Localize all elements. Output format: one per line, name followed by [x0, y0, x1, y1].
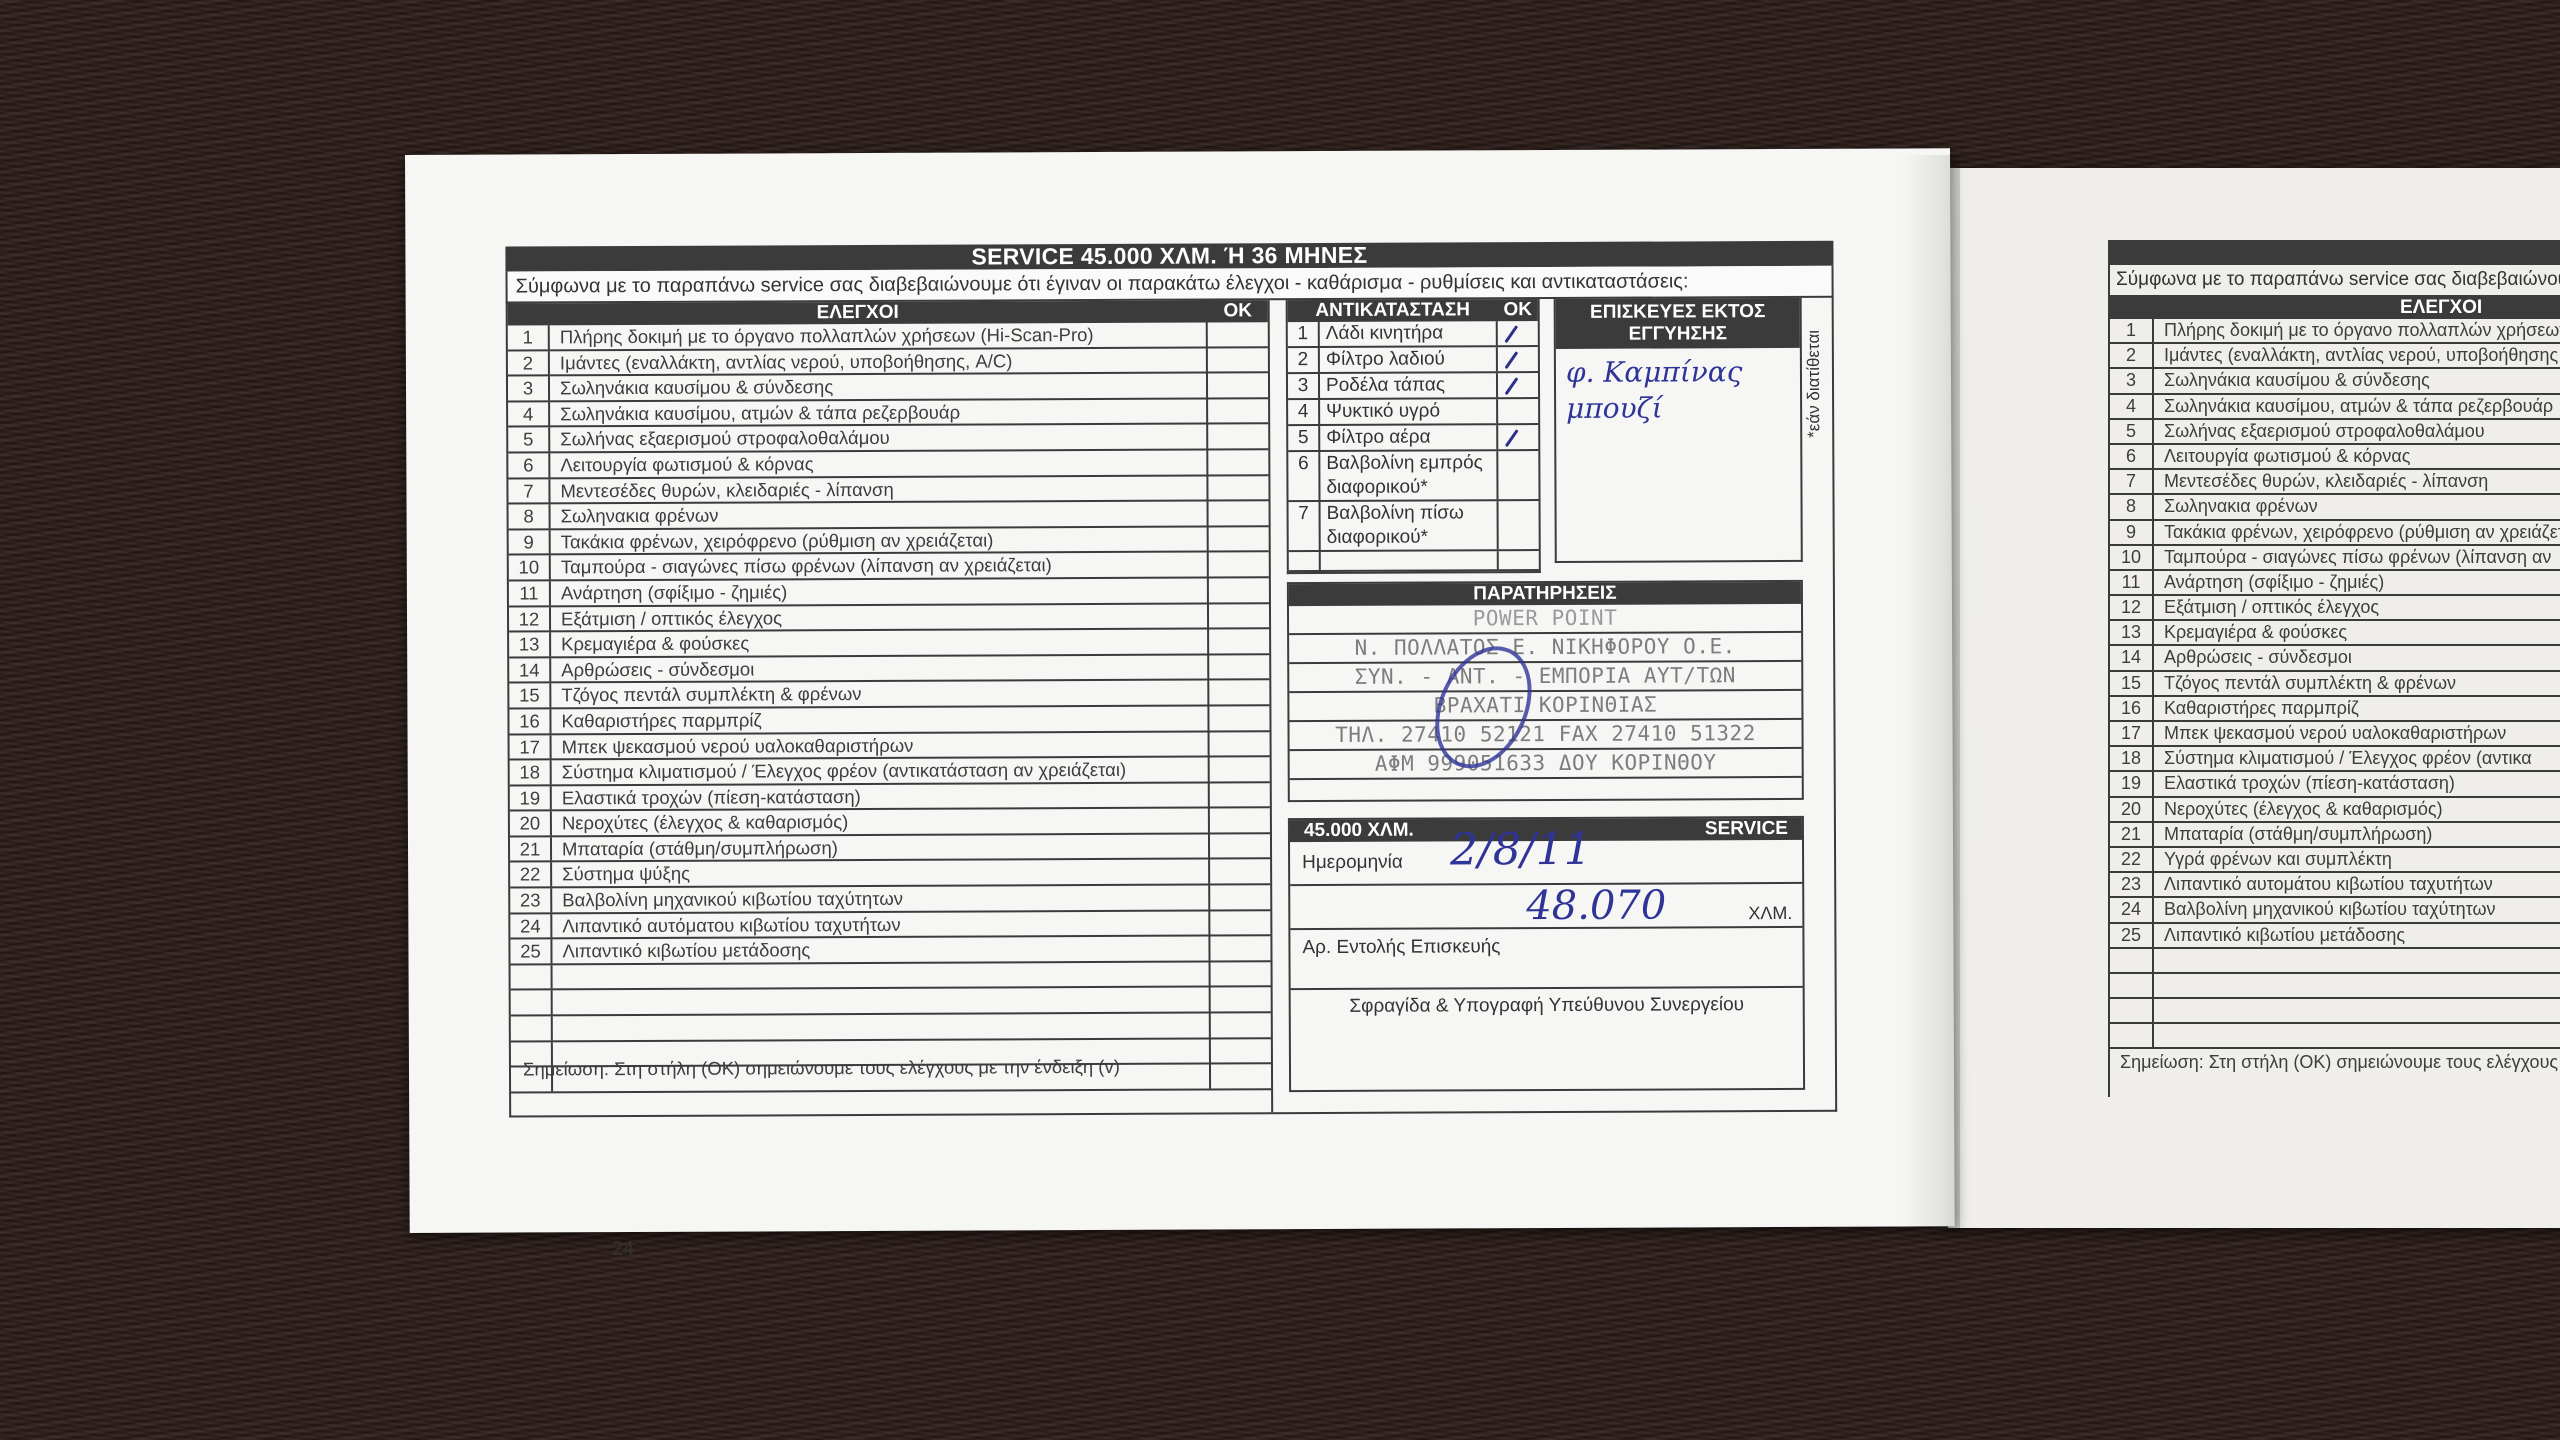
- check-ok-cell[interactable]: [1207, 681, 1269, 705]
- right-check-row: 7Μεντεσέδες θυρών, κλειδαριές - λίπανση: [2110, 470, 2560, 495]
- right-check-number: 9: [2110, 521, 2154, 544]
- right-check-number: 4: [2110, 395, 2154, 418]
- km-unit: ΧΛΜ.: [1748, 903, 1792, 924]
- check-label: [553, 962, 1209, 988]
- right-check-label: Ελαστικά τροχών (πίεση-κατάσταση): [2154, 772, 2560, 795]
- check-number: [511, 965, 553, 989]
- check-row: 20Νεροχύτες (έλεγχος & καθαρισμός): [510, 809, 1270, 838]
- right-check-row: 15Τζόγος πεντάλ συμπλέκτη & φρένων: [2110, 672, 2560, 697]
- right-check-label: [2154, 999, 2560, 1022]
- right-check-label: Ταμπούρα - σιαγώνες πίσω φρένων (λίπανση…: [2154, 546, 2560, 569]
- right-check-number: 1: [2110, 319, 2154, 342]
- right-check-number: 21: [2110, 823, 2154, 846]
- right-check-label: Κρεμαγιέρα & φούσκες: [2154, 621, 2560, 644]
- check-ok-cell[interactable]: [1206, 322, 1268, 346]
- stamp-line: ΒΡΑΧΑΤΙ ΚΟΡΙΝΘΙΑΣ: [1289, 691, 1801, 722]
- replacement-label: Ροδέλα τάπας: [1320, 373, 1496, 398]
- right-check-label: Σωληνάκια καυσίμου & σύνδεσης: [2154, 369, 2560, 392]
- check-ok-cell[interactable]: [1208, 834, 1270, 858]
- check-number: 25: [510, 940, 552, 964]
- right-check-number: 14: [2110, 646, 2154, 669]
- check-label: Κρεμαγιέρα & φούσκες: [551, 630, 1207, 656]
- check-label: Λιπαντικό κιβωτίου μετάδοσης: [552, 937, 1208, 963]
- right-check-number: 15: [2110, 672, 2154, 695]
- check-row: 3Σωληνάκια καυσίμου & σύνδεσης: [508, 373, 1268, 402]
- right-checks-header: ΕΛΕΓΧΟΙ: [2110, 297, 2560, 319]
- replacement-number: 6: [1288, 452, 1320, 500]
- right-check-row: 24Βαλβολίνη μηχανικού κιβωτίου ταχύτητων: [2110, 898, 2560, 923]
- right-check-number: 23: [2110, 873, 2154, 896]
- check-label: Σωληνάκια καυσίμου & σύνδεσης: [550, 374, 1206, 400]
- check-row: 15Τζόγος πεντάλ συμπλέκτη & φρένων: [509, 681, 1269, 710]
- check-number: 7: [508, 479, 550, 503]
- check-number: 18: [510, 760, 552, 784]
- replacement-row: [1289, 551, 1539, 572]
- date-value: 2/8/11: [1450, 829, 1592, 872]
- replacement-number: 7: [1289, 502, 1321, 550]
- check-row: 7Μεντεσέδες θυρών, κλειδαριές - λίπανση: [508, 476, 1268, 505]
- right-check-number: 25: [2110, 924, 2154, 947]
- right-check-number: 12: [2110, 596, 2154, 619]
- right-check-label: Λειτουργία φωτισμού & κόρνας: [2154, 445, 2560, 468]
- stamp-line: ΤΗΛ. 27410 52121 FAX 27410 51322: [1289, 720, 1801, 751]
- right-check-number: 10: [2110, 546, 2154, 569]
- check-row: 2Ιμάντες (εναλλάκτη, αντλίας νερού, υποβ…: [508, 348, 1268, 377]
- check-row: 1Πλήρης δοκιμή με το όργανο πολλαπλών χρ…: [508, 322, 1268, 351]
- right-check-label: Αρθρώσεις - σύνδεσμοι: [2154, 646, 2560, 669]
- check-number: 19: [510, 786, 552, 810]
- availability-footnote: *εάν διατίθεται: [1804, 330, 1824, 438]
- date-row: Ημερομηνία 2/8/11: [1290, 840, 1802, 886]
- replacement-label: Ψυκτικό υγρό: [1320, 399, 1496, 424]
- replacement-row: 2Φίλτρο λαδιού: [1288, 347, 1538, 374]
- check-ok-cell[interactable]: [1209, 988, 1271, 1012]
- right-check-row: 20Νεροχύτες (έλεγχος & καθαρισμός): [2110, 798, 2560, 823]
- right-check-label: Μεντεσέδες θυρών, κλειδαριές - λίπανση: [2154, 470, 2560, 493]
- check-label: Τζόγος πεντάλ συμπλέκτη & φρένων: [551, 681, 1207, 707]
- out-of-warranty-repairs-box: ΕΠΙΣΚΕΥΕΣ ΕΚΤΟΣ ΕΓΓΥΗΣΗΣ φ. Καμπίνας μπο…: [1554, 298, 1803, 563]
- stamp-line: ΑΦΜ 999051633 ΔΟΥ ΚΟΡΙΝΘΟΥ: [1290, 749, 1802, 780]
- check-number: 22: [510, 863, 552, 887]
- replacement-ok-cell[interactable]: [1496, 399, 1538, 423]
- check-label: Ταμπούρα - σιαγώνες πίσω φρένων (λίπανση…: [551, 553, 1207, 579]
- check-row: 22Σύστημα ψύξης: [510, 860, 1270, 889]
- check-row: 11Ανάρτηση (σφίξιμο - ζημιές): [509, 578, 1269, 607]
- right-check-row: [2110, 1024, 2560, 1049]
- replacement-row: 5Φίλτρο αέρα: [1288, 425, 1538, 452]
- stamp-signature-label: Σφραγίδα & Υπογραφή Υπεύθυνου Συνεργείου: [1349, 994, 1744, 1017]
- replacement-ok-cell[interactable]: [1496, 373, 1538, 397]
- right-check-number: 2: [2110, 344, 2154, 367]
- check-label: Σύστημα ψύξης: [552, 860, 1208, 886]
- check-row: 6Λειτουργία φωτισμού & κόρνας: [508, 450, 1268, 479]
- replacement-number: 5: [1288, 426, 1320, 450]
- right-check-number: 19: [2110, 772, 2154, 795]
- right-check-label: Ανάρτηση (σφίξιμο - ζημιές): [2154, 571, 2560, 594]
- check-ok-cell[interactable]: [1208, 860, 1270, 884]
- right-form-intro: Σύμφωνα με το παραπάνω service σας διαβε…: [2108, 265, 2560, 297]
- check-label: Αρθρώσεις - σύνδεσμοι: [551, 655, 1207, 681]
- right-check-label: Μπεκ ψεκασμού νερού υαλοκαθαριστήρων: [2154, 722, 2560, 745]
- right-check-label: Καθαριστήρες παρμπρίζ: [2154, 697, 2560, 720]
- right-check-row: [2110, 999, 2560, 1024]
- right-checks-note: Σημείωση: Στη στήλη (OK) σημειώνουμε του…: [2120, 1052, 2560, 1073]
- check-ok-cell[interactable]: [1208, 757, 1270, 781]
- stamp-signature-row: Σφραγίδα & Υπογραφή Υπεύθυνου Συνεργείου: [1291, 988, 1803, 1090]
- right-check-row: 12Εξάτμιση / οπτικός έλεγχος: [2110, 596, 2560, 621]
- replacement-row: 1Λάδι κινητήρα: [1288, 321, 1538, 348]
- check-row: 25Λιπαντικό κιβωτίου μετάδοσης: [510, 936, 1270, 965]
- right-checks-table: ΕΛΕΓΧΟΙ 1Πλήρης δοκιμή με το όργανο πολλ…: [2108, 297, 2560, 1097]
- right-check-number: 3: [2110, 369, 2154, 392]
- km-value: 48.070: [1526, 883, 1666, 930]
- repairs-header: ΕΠΙΣΚΕΥΕΣ ΕΚΤΟΣ ΕΓΓΥΗΣΗΣ: [1556, 298, 1800, 349]
- right-check-row: 18Σύστημα κλιματισμού / Έλεγχος φρέον (α…: [2110, 747, 2560, 772]
- check-ok-cell[interactable]: [1208, 936, 1270, 960]
- checks-note: Σημείωση: Στη στήλη (OK) σημειώνουμε του…: [523, 1056, 1120, 1081]
- check-number: 11: [509, 581, 551, 605]
- check-label: Καθαριστήρες παρμπρίζ: [551, 706, 1207, 732]
- check-ok-cell[interactable]: [1207, 706, 1269, 730]
- replacement-label: Φίλτρο λαδιού: [1320, 347, 1496, 372]
- check-number: 23: [510, 888, 552, 912]
- replacement-ok-cell[interactable]: [1497, 551, 1539, 569]
- right-check-row: 2Ιμάντες (εναλλάκτη, αντλίας νερού, υποβ…: [2110, 344, 2560, 369]
- right-check-row: 1Πλήρης δοκιμή με το όργανο πολλαπλών χρ…: [2110, 319, 2560, 344]
- check-ok-cell[interactable]: [1206, 399, 1268, 423]
- check-number: 16: [509, 709, 551, 733]
- check-ok-cell[interactable]: [1208, 911, 1270, 935]
- check-label: Ανάρτηση (σφίξιμο - ζημιές): [551, 578, 1207, 604]
- check-ok-cell[interactable]: [1207, 604, 1269, 628]
- check-number: 1: [508, 325, 550, 349]
- check-label: [553, 988, 1209, 1014]
- replacement-ok-cell[interactable]: [1496, 451, 1538, 499]
- replacement-row: 4Ψυκτικό υγρό: [1288, 399, 1538, 426]
- check-label: Πλήρης δοκιμή με το όργανο πολλαπλών χρή…: [550, 323, 1206, 349]
- check-number: 10: [509, 556, 551, 580]
- check-label: Ελαστικά τροχών (πίεση-κατάσταση): [552, 783, 1208, 809]
- check-number: 12: [509, 607, 551, 631]
- replacement-number: 1: [1288, 322, 1320, 346]
- checkmark-icon: [1504, 351, 1518, 369]
- check-ok-cell[interactable]: [1209, 1039, 1271, 1063]
- check-number: 2: [508, 351, 550, 375]
- replacement-row: 3Ροδέλα τάπας: [1288, 373, 1538, 400]
- km-row: 48.070 ΧΛΜ.: [1290, 884, 1802, 930]
- check-label: Ιμάντες (εναλλάκτη, αντλίας νερού, υποβο…: [550, 348, 1206, 374]
- right-check-number: 5: [2110, 420, 2154, 443]
- check-number: [511, 991, 553, 1015]
- repair-order-row: Αρ. Εντολής Επισκευής: [1290, 928, 1802, 990]
- replacement-label: [1321, 551, 1497, 570]
- check-ok-cell[interactable]: [1208, 732, 1270, 756]
- stamp-line: POWER POINT: [1289, 604, 1801, 635]
- right-check-row: 5Σωλήνας εξαερισμού στροφαλοθαλάμου: [2110, 420, 2560, 445]
- right-check-label: Νεροχύτες (έλεγχος & καθαρισμός): [2154, 798, 2560, 821]
- check-number: [511, 1016, 553, 1040]
- right-check-number: 22: [2110, 848, 2154, 871]
- right-check-label: Σωληνάκια καυσίμου, ατμών & τάπα ρεζερβο…: [2154, 395, 2560, 418]
- checks-table: ΕΛΕΓΧΟΙ OK 1Πλήρης δοκιμή με το όργανο π…: [508, 300, 1271, 1093]
- check-ok-cell[interactable]: [1206, 425, 1268, 449]
- right-check-label: Σύστημα κλιματισμού / Έλεγχος φρέον (αντ…: [2154, 747, 2560, 770]
- check-number: 5: [508, 428, 550, 452]
- right-check-row: 13Κρεμαγιέρα & φούσκες: [2110, 621, 2560, 646]
- right-check-label: Σωλήνας εξαερισμού στροφαλοθαλάμου: [2154, 420, 2560, 443]
- right-check-row: 17Μπεκ ψεκασμού νερού υαλοκαθαριστήρων: [2110, 722, 2560, 747]
- check-ok-cell[interactable]: [1206, 476, 1268, 500]
- check-ok-cell[interactable]: [1207, 578, 1269, 602]
- right-form-title: SER: [2108, 240, 2560, 265]
- replacement-row: 6Βαλβολίνη εμπρός διαφορικού*: [1288, 451, 1538, 502]
- right-check-label: Μπαταρία (στάθμη/συμπλήρωση): [2154, 823, 2560, 846]
- right-service-form: SER Σύμφωνα με το παραπάνω service σας δ…: [2108, 240, 2560, 1097]
- replacement-ok-cell[interactable]: [1497, 501, 1539, 549]
- right-check-number: [2110, 999, 2154, 1022]
- right-check-row: 19Ελαστικά τροχών (πίεση-κατάσταση): [2110, 772, 2560, 797]
- check-number: 13: [509, 632, 551, 656]
- check-ok-cell[interactable]: [1208, 809, 1270, 833]
- check-ok-cell[interactable]: [1207, 501, 1269, 525]
- right-check-row: 4Σωληνάκια καυσίμου, ατμών & τάπα ρεζερβ…: [2110, 395, 2560, 420]
- check-number: 17: [510, 735, 552, 759]
- check-label: Νεροχύτες (έλεγχος & καθαρισμός): [552, 809, 1208, 835]
- replacement-number: [1289, 552, 1321, 570]
- right-check-row: 3Σωληνάκια καυσίμου & σύνδεσης: [2110, 369, 2560, 394]
- right-check-number: 20: [2110, 798, 2154, 821]
- check-row: [511, 1013, 1271, 1042]
- right-check-label: Ιμάντες (εναλλάκτη, αντλίας νερού, υποβο…: [2154, 344, 2560, 367]
- check-label: Μπεκ ψεκασμού νερού υαλοκαθαριστήρων: [552, 732, 1208, 758]
- right-check-number: 6: [2110, 445, 2154, 468]
- check-row: 21Μπαταρία (στάθμη/συμπλήρωση): [510, 834, 1270, 863]
- checkmark-icon: [1504, 325, 1518, 343]
- check-row: 18Σύστημα κλιματισμού / Έλεγχος φρέον (α…: [510, 757, 1270, 786]
- replacement-label: Βαλβολίνη εμπρός διαφορικού*: [1320, 451, 1496, 500]
- right-check-label: Πλήρης δοκιμή με το όργανο πολλαπλών χρή…: [2154, 319, 2560, 342]
- right-check-row: 10Ταμπούρα - σιαγώνες πίσω φρένων (λίπαν…: [2110, 546, 2560, 571]
- checks-header: ΕΛΕΓΧΟΙ: [508, 300, 1208, 325]
- right-check-label: Βαλβολίνη μηχανικού κιβωτίου ταχύτητων: [2154, 898, 2560, 921]
- availability-footnote-text: *εάν διατίθεται: [1804, 330, 1823, 438]
- right-check-row: 25Λιπαντικό κιβωτίου μετάδοσης: [2110, 924, 2560, 949]
- right-check-row: 11Ανάρτηση (σφίξιμο - ζημιές): [2110, 571, 2560, 596]
- right-check-row: 8Σωληνακια φρένων: [2110, 495, 2560, 520]
- check-number: 9: [509, 530, 551, 554]
- replacement-number: 2: [1288, 348, 1320, 372]
- replacement-ok-cell[interactable]: [1496, 321, 1538, 345]
- check-ok-cell[interactable]: [1207, 553, 1269, 577]
- check-number: 20: [510, 812, 552, 836]
- check-row: 24Λιπαντικό αυτόματου κιβωτίου ταχυτήτων: [510, 911, 1270, 940]
- checks-ok-header: OK: [1208, 300, 1268, 322]
- repairs-handwritten-note: φ. Καμπίνας μπουζί: [1556, 348, 1800, 433]
- checkmark-icon: [1505, 429, 1519, 447]
- right-check-number: 17: [2110, 722, 2154, 745]
- right-check-row: [2110, 974, 2560, 999]
- replacement-label: Λάδι κινητήρα: [1320, 321, 1496, 346]
- check-ok-cell[interactable]: [1207, 527, 1269, 551]
- right-check-number: [2110, 1024, 2154, 1047]
- right-check-number: 13: [2110, 621, 2154, 644]
- check-label: Λιπαντικό αυτόματου κιβωτίου ταχυτήτων: [552, 911, 1208, 937]
- right-page: SER Σύμφωνα με το παραπάνω service σας δ…: [1948, 168, 2560, 1228]
- check-row: 14Αρθρώσεις - σύνδεσμοι: [509, 655, 1269, 684]
- remarks-header: ΠΑΡΑΤΗΡΗΣΕΙΣ: [1289, 582, 1801, 606]
- right-check-label: [2154, 974, 2560, 997]
- check-row: 16Καθαριστήρες παρμπρίζ: [509, 706, 1269, 735]
- right-check-number: 11: [2110, 571, 2154, 594]
- right-check-number: 7: [2110, 470, 2154, 493]
- check-ok-cell[interactable]: [1208, 783, 1270, 807]
- service-record-box: 45.000 ΧΛΜ. SERVICE Ημερομηνία 2/8/11 48…: [1288, 816, 1805, 1092]
- check-number: 24: [510, 914, 552, 938]
- check-ok-cell[interactable]: [1209, 962, 1271, 986]
- stamp-line: Ν. ΠΟΛΛΑΤΟΣ Ε. ΝΙΚΗΦΟΡΟΥ Ο.Ε.: [1289, 633, 1801, 664]
- check-label: Τακάκια φρένων, χειρόφρενο (ρύθμιση αν χ…: [551, 527, 1207, 553]
- check-ok-cell[interactable]: [1207, 655, 1269, 679]
- replacement-table: ΑΝΤΙΚΑΤΑΣΤΑΣΗ OK 1Λάδι κινητήρα2Φίλτρο λ…: [1286, 299, 1541, 574]
- left-page: SERVICE 45.000 ΧΛΜ. Ή 36 ΜΗΝΕΣ Σύμφωνα μ…: [405, 148, 1955, 1233]
- check-row: 23Βαλβολίνη μηχανικού κιβωτίου ταχύτητων: [510, 885, 1270, 914]
- check-label: Σωληνακια φρένων: [551, 502, 1207, 528]
- check-label: Λειτουργία φωτισμού & κόρνας: [550, 450, 1206, 476]
- check-label: Σύστημα κλιματισμού / Έλεγχος φρέον (αντ…: [552, 758, 1208, 784]
- check-row: 13Κρεμαγιέρα & φούσκες: [509, 629, 1269, 658]
- check-ok-cell[interactable]: [1206, 450, 1268, 474]
- right-check-label: [2154, 949, 2560, 972]
- right-check-row: 16Καθαριστήρες παρμπρίζ: [2110, 697, 2560, 722]
- check-label: Σωλήνας εξαερισμού στροφαλοθαλάμου: [550, 425, 1206, 451]
- check-number: 4: [508, 402, 550, 426]
- check-ok-cell[interactable]: [1207, 629, 1269, 653]
- page-number: 24: [612, 1238, 634, 1261]
- stamp-line: ΣΥΝ. - ΑΝΤ. - ΕΜΠΟΡΙΑ ΑΥΤ/ΤΩΝ: [1289, 662, 1801, 693]
- right-check-number: [2110, 974, 2154, 997]
- replacement-number: 3: [1288, 374, 1320, 398]
- right-check-label: Τζόγος πεντάλ συμπλέκτη & φρένων: [2154, 672, 2560, 695]
- check-ok-cell[interactable]: [1209, 1013, 1271, 1037]
- right-check-row: 9Τακάκια φρένων, χειρόφρενο (ρύθμιση αν …: [2110, 521, 2560, 546]
- check-row: [511, 988, 1271, 1017]
- check-row: 9Τακάκια φρένων, χειρόφρενο (ρύθμιση αν …: [509, 527, 1269, 556]
- check-ok-cell[interactable]: [1206, 348, 1268, 372]
- replacement-row: 7Βαλβολίνη πίσω διαφορικού*: [1289, 501, 1539, 552]
- replacement-label: Βαλβολίνη πίσω διαφορικού*: [1321, 501, 1497, 550]
- book-gutter: [1900, 155, 1960, 1230]
- right-check-label: Υγρά φρένων και συμπλέκτη: [2154, 848, 2560, 871]
- replacement-ok-header: OK: [1498, 299, 1538, 321]
- check-ok-cell[interactable]: [1209, 1064, 1271, 1088]
- replacement-number: 4: [1288, 400, 1320, 424]
- check-row: 8Σωληνακια φρένων: [509, 501, 1269, 530]
- checkmark-icon: [1505, 377, 1519, 395]
- date-label: Ημερομηνία: [1302, 852, 1403, 873]
- check-ok-cell[interactable]: [1206, 373, 1268, 397]
- right-check-label: Σωληνακια φρένων: [2154, 495, 2560, 518]
- check-row: 4Σωληνάκια καυσίμου, ατμών & τάπα ρεζερβ…: [508, 399, 1268, 428]
- replacement-ok-cell[interactable]: [1496, 347, 1538, 371]
- repair-order-label: Αρ. Εντολής Επισκευής: [1302, 936, 1500, 958]
- check-row: 19Ελαστικά τροχών (πίεση-κατάσταση): [510, 783, 1270, 812]
- right-check-row: 21Μπαταρία (στάθμη/συμπλήρωση): [2110, 823, 2560, 848]
- right-check-row: 23Λιπαντικό αυτομάτου κιβωτίου ταχυτήτων: [2110, 873, 2560, 898]
- right-check-row: [2110, 949, 2560, 974]
- check-number: 8: [509, 505, 551, 529]
- check-number: 6: [508, 453, 550, 477]
- right-check-number: 16: [2110, 697, 2154, 720]
- replacement-ok-cell[interactable]: [1496, 425, 1538, 449]
- form-body: ΕΛΕΓΧΟΙ OK 1Πλήρης δοκιμή με το όργανο π…: [506, 298, 1838, 1118]
- service-form: SERVICE 45.000 ΧΛΜ. Ή 36 ΜΗΝΕΣ Σύμφωνα μ…: [505, 241, 1837, 1118]
- check-row: 10Ταμπούρα - σιαγώνες πίσω φρένων (λίπαν…: [509, 553, 1269, 582]
- remarks-box: ΠΑΡΑΤΗΡΗΣΕΙΣ POWER POINTΝ. ΠΟΛΛΑΤΟΣ Ε. Ν…: [1287, 580, 1804, 802]
- check-label: Σωληνάκια καυσίμου, ατμών & τάπα ρεζερβο…: [550, 399, 1206, 425]
- check-number: 14: [509, 658, 551, 682]
- right-check-number: 8: [2110, 495, 2154, 518]
- check-number: 15: [509, 684, 551, 708]
- check-label: Μεντεσέδες θυρών, κλειδαριές - λίπανση: [550, 476, 1206, 502]
- check-row: 12Εξάτμιση / οπτικός έλεγχος: [509, 604, 1269, 633]
- check-number: 3: [508, 377, 550, 401]
- right-check-label: Λιπαντικό αυτομάτου κιβωτίου ταχυτήτων: [2154, 873, 2560, 896]
- right-check-label: Λιπαντικό κιβωτίου μετάδοσης: [2154, 924, 2560, 947]
- right-check-label: Εξάτμιση / οπτικός έλεγχος: [2154, 596, 2560, 619]
- check-label: [553, 1014, 1209, 1040]
- check-row: 17Μπεκ ψεκασμού νερού υαλοκαθαριστήρων: [510, 732, 1270, 761]
- check-label: Βαλβολίνη μηχανικού κιβωτίου ταχύτητων: [552, 886, 1208, 912]
- check-row: [511, 962, 1271, 991]
- right-check-number: [2110, 949, 2154, 972]
- service-label: SERVICE: [1705, 818, 1788, 840]
- check-label: Εξάτμιση / οπτικός έλεγχος: [551, 604, 1207, 630]
- replacement-header-row: ΑΝΤΙΚΑΤΑΣΤΑΣΗ OK: [1288, 299, 1538, 322]
- right-check-row: 22Υγρά φρένων και συμπλέκτη: [2110, 848, 2560, 873]
- service-km-label: 45.000 ΧΛΜ.: [1304, 820, 1414, 842]
- check-row: 5Σωλήνας εξαερισμού στροφαλοθαλάμου: [508, 425, 1268, 454]
- check-number: 21: [510, 837, 552, 861]
- check-ok-cell[interactable]: [1208, 885, 1270, 909]
- right-check-number: 18: [2110, 747, 2154, 770]
- right-check-label: [2154, 1024, 2560, 1047]
- right-check-row: 6Λειτουργία φωτισμού & κόρνας: [2110, 445, 2560, 470]
- check-label: Μπαταρία (στάθμη/συμπλήρωση): [552, 834, 1208, 860]
- replacement-label: Φίλτρο αέρα: [1320, 425, 1496, 450]
- replacement-header: ΑΝΤΙΚΑΤΑΣΤΑΣΗ: [1288, 299, 1498, 322]
- right-check-row: 14Αρθρώσεις - σύνδεσμοι: [2110, 646, 2560, 671]
- right-check-number: 24: [2110, 898, 2154, 921]
- right-check-label: Τακάκια φρένων, χειρόφρενο (ρύθμιση αν χ…: [2154, 521, 2560, 544]
